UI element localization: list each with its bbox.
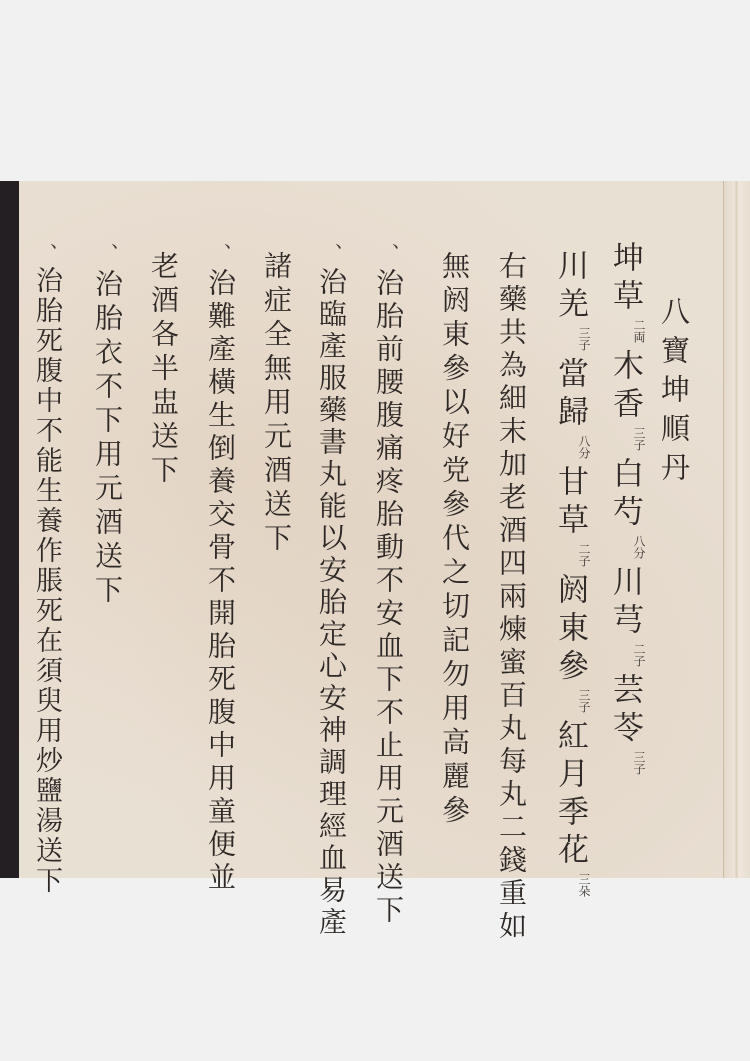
indication-text: 治胎死腹中不能生養作脹死在須臾用炒鹽湯送下 bbox=[31, 266, 62, 896]
indication-5: 、治胎死腹中不能生養作脹死在須臾用炒鹽湯送下 bbox=[33, 243, 60, 896]
indication-text: 治胎前腰腹痛疼胎動不安血下不止用元酒送下 bbox=[372, 268, 405, 928]
indication-4: 、治胎衣不下用元酒送下 bbox=[93, 243, 121, 609]
indication-3: 、治難產橫生倒養交骨不開胎死腹中用童便並 bbox=[206, 243, 234, 895]
bullet-mark: 、 bbox=[319, 243, 343, 267]
indication-1: 、治胎前腰腹痛疼胎動不安血下不止用元酒送下 bbox=[374, 243, 402, 928]
indication-2: 、治臨產服藥書丸能以安胎定心安神調理經血易產 bbox=[317, 243, 345, 939]
ingredient-dose: 八分 bbox=[577, 435, 591, 459]
indication-text: 治臨產服藥書丸能以安胎定心安神調理經血易產 bbox=[315, 267, 348, 939]
ingredient-name: 紅月季花 bbox=[552, 719, 588, 871]
ingredient-dose: 二両 bbox=[632, 319, 646, 343]
ingredient-name: 阏東參 bbox=[552, 573, 588, 687]
manuscript-scan: 八寶坤順丹 坤草二両木香三子白芍八分川芎二子芸苓三子 川羌三子當歸八分甘草二子阏… bbox=[0, 181, 750, 878]
ingredient-name: 坤草 bbox=[607, 241, 643, 317]
ingredients-line-1: 坤草二両木香三子白芍八分川芎二子芸苓三子 bbox=[609, 241, 640, 781]
ingredient-dose: 二子 bbox=[632, 643, 646, 667]
ingredient-dose: 二子 bbox=[577, 543, 591, 567]
ingredient-name: 芸苓 bbox=[607, 673, 643, 749]
ingredient-dose: 三子 bbox=[577, 689, 591, 713]
ingredients-line-2: 川羌三子當歸八分甘草二子阏東參三子紅月季花三朵 bbox=[554, 249, 585, 903]
page-edge bbox=[723, 181, 750, 878]
book-spine bbox=[0, 181, 19, 878]
substitution-text: 無阏東參以好党參代之切記勿用高麗參 bbox=[440, 251, 468, 829]
indication-text: 治胎衣不下用元酒送下 bbox=[91, 269, 124, 609]
recipe-title: 八寶坤順丹 bbox=[659, 296, 688, 491]
ingredient-dose: 三子 bbox=[632, 751, 646, 775]
ingredient-dose: 三子 bbox=[577, 327, 591, 351]
preparation-text: 右藥共為細末加老酒四兩煉蜜百丸每丸二錢重如 bbox=[497, 251, 525, 944]
ingredient-dose: 三朵 bbox=[577, 873, 591, 897]
indication-3-continued: 老酒各半盅送下 bbox=[149, 251, 177, 489]
ingredient-name: 川羌 bbox=[552, 249, 588, 325]
indication-text: 老酒各半盅送下 bbox=[147, 251, 180, 489]
bullet-mark: 、 bbox=[208, 243, 232, 268]
indication-text: 治難產橫生倒養交骨不開胎死腹中用童便並 bbox=[204, 268, 237, 895]
ingredient-dose: 三子 bbox=[632, 427, 646, 451]
indication-text: 諸症全無用元酒送下 bbox=[260, 251, 293, 557]
ingredient-name: 甘草 bbox=[552, 465, 588, 541]
manuscript-page: 八寶坤順丹 坤草二両木香三子白芍八分川芎二子芸苓三子 川羌三子當歸八分甘草二子阏… bbox=[19, 181, 723, 878]
bullet-mark: 、 bbox=[95, 243, 119, 269]
ingredient-dose: 八分 bbox=[632, 535, 646, 559]
ingredient-name: 白芍 bbox=[607, 457, 643, 533]
bullet-mark: 、 bbox=[376, 243, 400, 268]
ingredient-name: 木香 bbox=[607, 349, 643, 425]
bullet-mark: 、 bbox=[34, 243, 58, 266]
ingredient-name: 川芎 bbox=[607, 565, 643, 641]
indication-2-continued: 諸症全無用元酒送下 bbox=[262, 251, 290, 557]
ingredient-name: 當歸 bbox=[552, 357, 588, 433]
